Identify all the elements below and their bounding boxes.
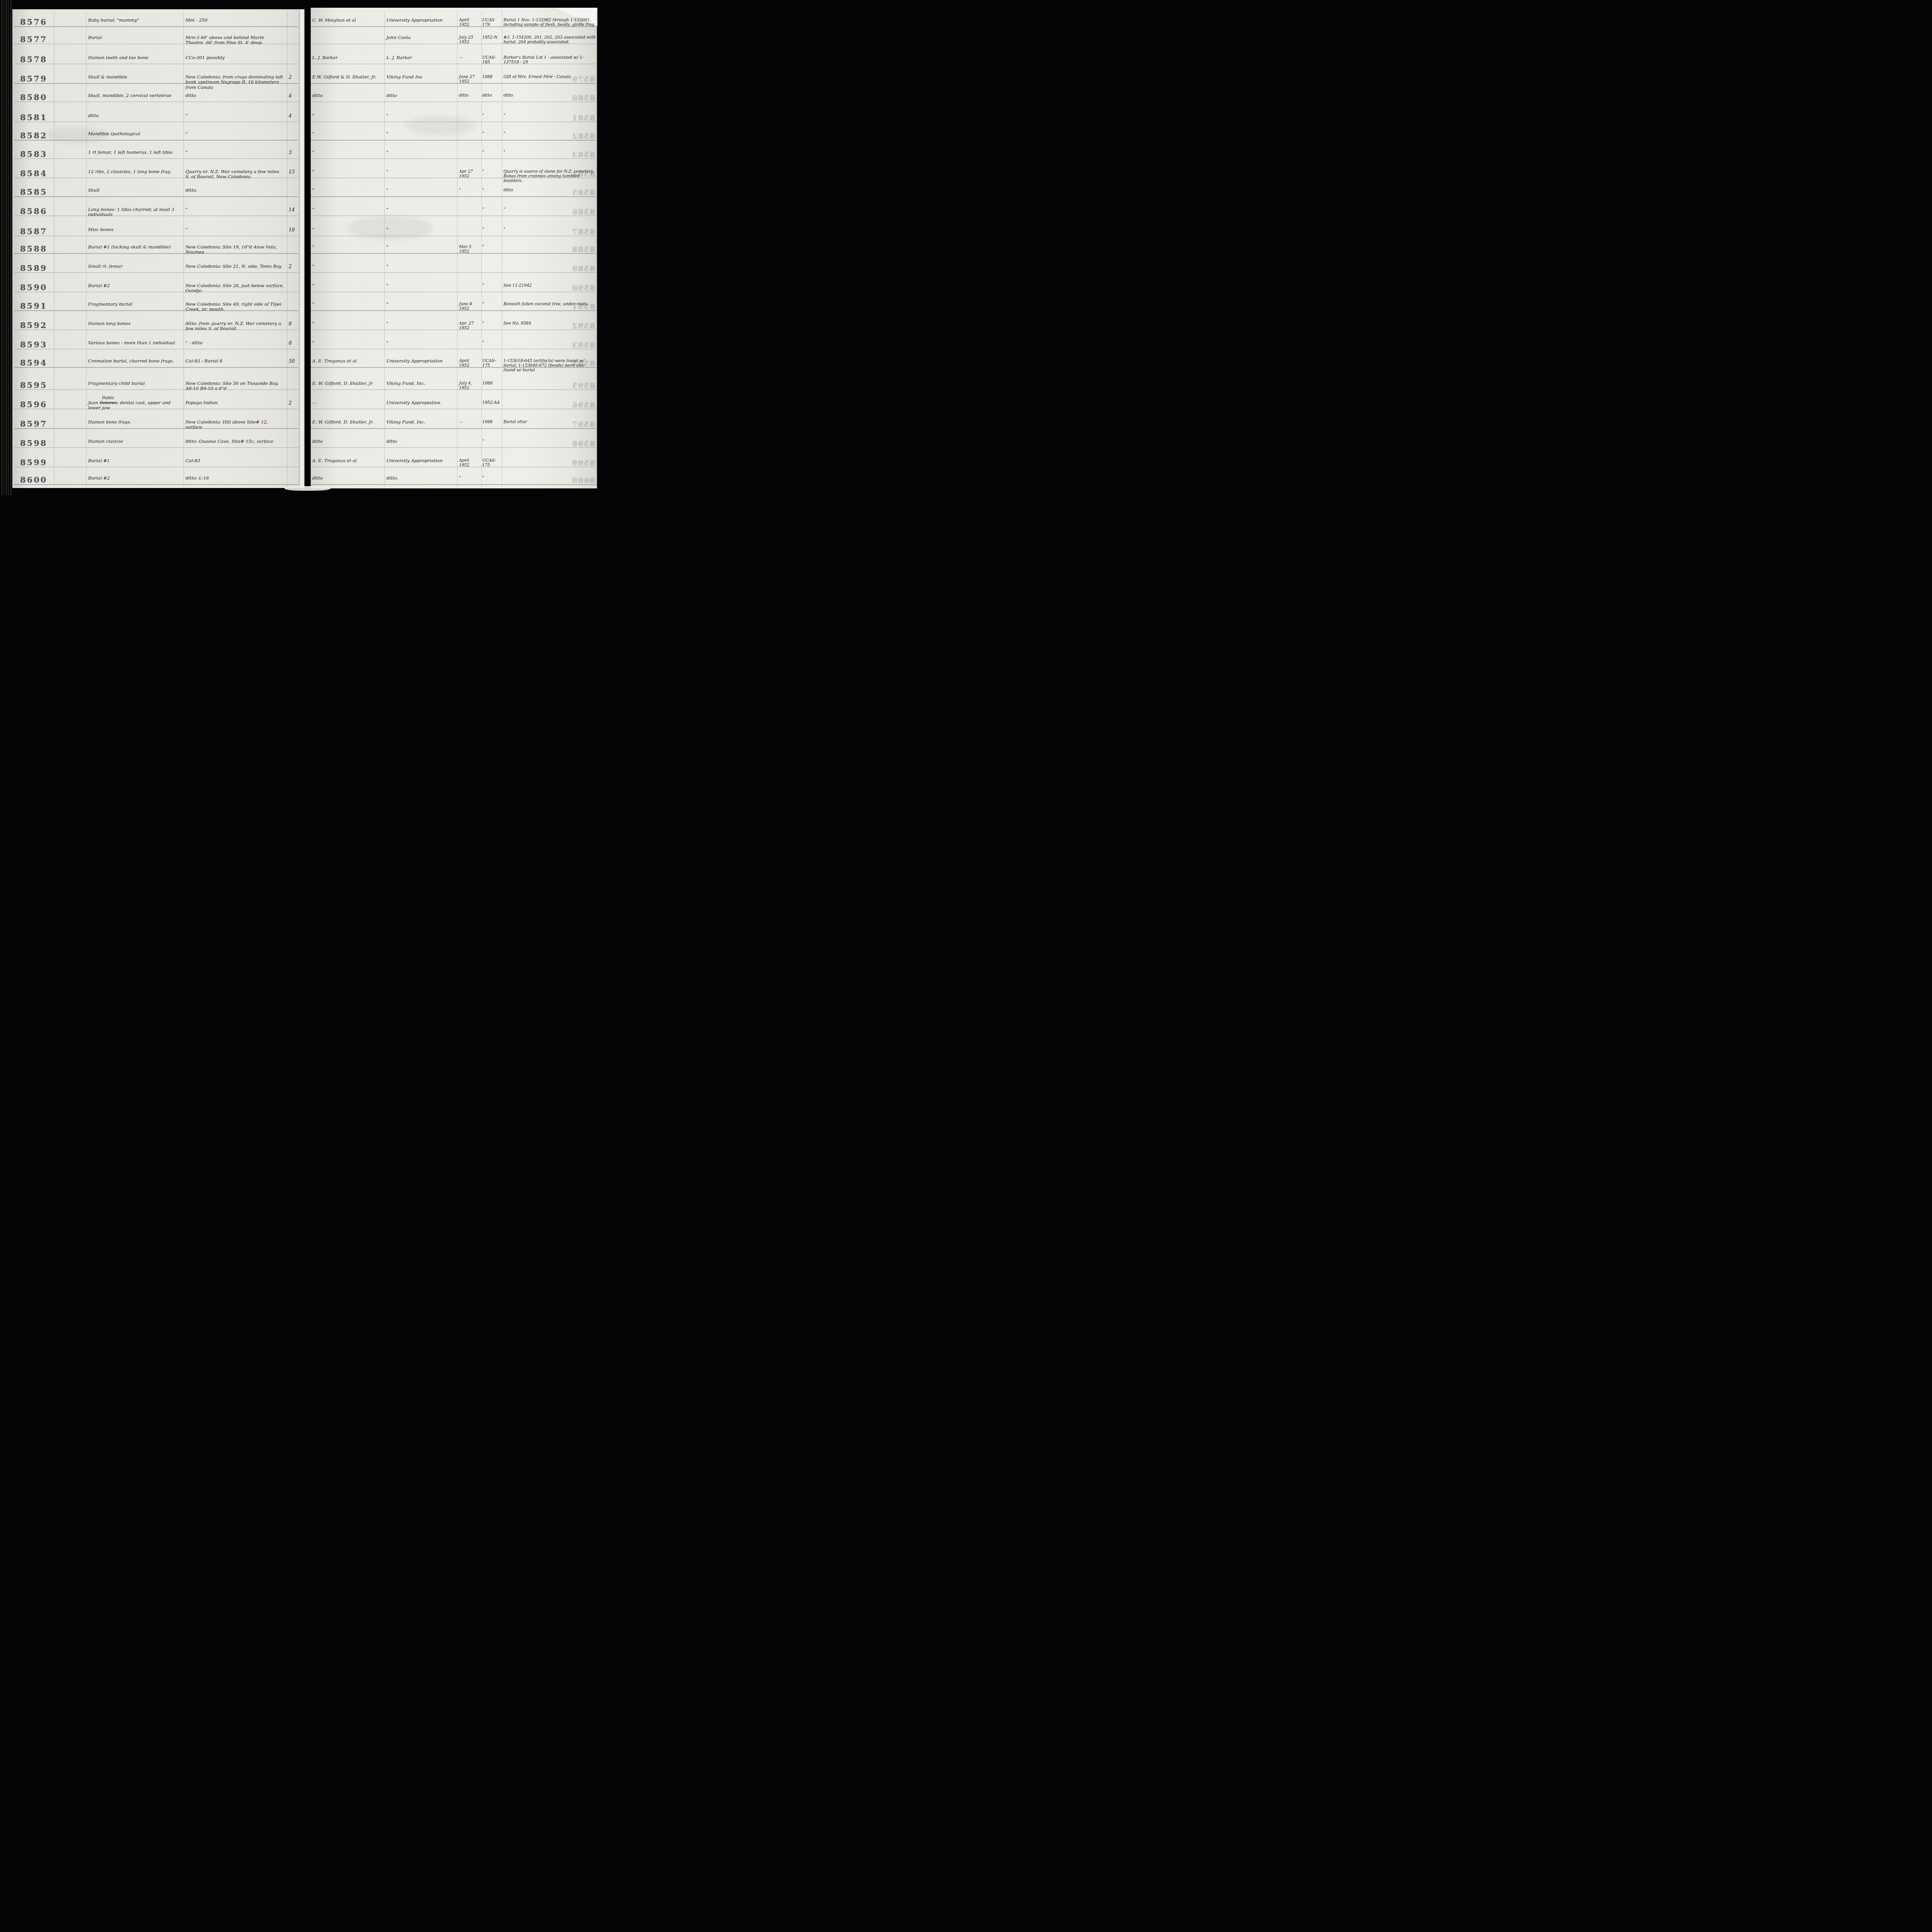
ruled-line — [311, 83, 596, 84]
ruled-line — [311, 292, 596, 292]
column-rule — [384, 11, 385, 487]
ruled-line — [311, 122, 596, 122]
cell-count: 3 — [289, 150, 298, 156]
cell-description: 1 rt femur, 1 left humerus, 1 left tibia — [88, 150, 182, 155]
cell-description: Human teeth and toe bone — [88, 55, 182, 60]
cell-count: 2 — [289, 264, 298, 270]
cell-collector: ditto — [312, 93, 383, 98]
cell-locality: Mnt - 250 — [185, 18, 284, 23]
cell-collector: " — [312, 169, 383, 174]
cell-date: Apr 27 1952 — [459, 169, 481, 179]
cell-locality: " — [185, 227, 284, 232]
cell-number: 8580 — [20, 92, 70, 102]
cell-collector: C. W. Meighan et al — [312, 18, 383, 23]
ruled-line — [311, 428, 596, 429]
cell-accession: 1088 — [482, 381, 502, 386]
cell-number: 8597 — [20, 419, 70, 429]
cell-accession: " — [482, 439, 502, 444]
cell-locality: " : ditto — [185, 340, 284, 345]
cell-number: 8578 — [20, 54, 70, 64]
cell-accession: 1088 — [482, 420, 502, 424]
cell-description: Burial #2 — [88, 283, 182, 288]
cell-number: 8577 — [20, 34, 70, 44]
cell-collector: — — [312, 400, 383, 405]
cell-collector: " — [312, 150, 383, 155]
cell-funding: University Appropriation — [386, 458, 455, 463]
cell-number: 8585 — [20, 187, 70, 197]
cell-accession: 1088 — [482, 75, 502, 79]
cell-locality: New Caledonia: Site 49, right side of Ti… — [185, 302, 284, 312]
cell-collector: A. E. Treganza et al — [312, 458, 383, 463]
ruled-line — [311, 330, 596, 330]
cell-count: 8 — [289, 340, 298, 346]
cell-count: 2 — [289, 75, 298, 80]
cell-funding: Viking Fund, Inc. — [386, 381, 455, 386]
cell-number: 8594 — [20, 358, 70, 367]
cell-locality: Mrn-3 60' above and behind Marin Theatre… — [185, 35, 284, 46]
cell-number: 8595 — [20, 380, 70, 390]
cell-locality: Quarry nr. N.Z. War cemetery a few miles… — [185, 169, 284, 180]
cell-funding: " — [386, 283, 455, 288]
cell-funding: " — [386, 302, 455, 307]
cell-number: 8583 — [20, 149, 70, 159]
cell-accession: " — [482, 227, 502, 232]
cell-description: Skull & mandible — [88, 75, 182, 80]
ruled-line — [311, 389, 596, 390]
cell-description: Fragmentary burial — [88, 302, 182, 307]
ledger-scan: 8576Baby burial: "mummy"Mnt - 250C. W. M… — [0, 0, 601, 495]
cell-collector: " — [312, 113, 383, 118]
cell-accession: UCAS-185 — [482, 55, 502, 65]
cell-date: April 1952 — [459, 359, 481, 368]
cell-locality: ditto. — [185, 188, 284, 193]
cell-date: " — [459, 476, 481, 480]
cell-description: ditto — [88, 113, 182, 118]
ruled-line — [311, 140, 596, 141]
cell-collector: " — [312, 283, 383, 288]
cell-number: 8576 — [20, 17, 70, 27]
book-gutter — [304, 7, 311, 489]
cell-locality: Cal-83 : Burial 8 — [185, 359, 284, 364]
cell-collector: A. E. Treganza et al — [312, 359, 383, 364]
ruled-line — [311, 310, 596, 311]
cell-accession: " — [482, 113, 502, 118]
cell-accession: " — [482, 245, 502, 249]
cell-date: July 25 1952 — [459, 35, 481, 44]
cell-number: 8592 — [20, 320, 70, 330]
cell-accession: " — [482, 302, 502, 306]
cell-funding: University Appropriation — [386, 359, 455, 364]
bleedthrough-number: 8593 — [560, 341, 595, 350]
cell-accession: UCAS 179 — [482, 18, 502, 27]
cell-locality: ditto — [185, 93, 284, 98]
bleedthrough-number: 8594 — [560, 359, 595, 368]
cell-description: Cremation burial, charred bone frags. — [88, 359, 182, 364]
cell-description: Mandible (pathological — [88, 131, 182, 136]
cell-funding: John Costa — [386, 35, 455, 40]
cell-funding: " — [386, 227, 455, 232]
ruled-line — [311, 102, 596, 102]
bleedthrough-number: 8586 — [560, 208, 595, 216]
cell-number: 8598 — [20, 438, 70, 448]
ruled-line — [311, 467, 596, 467]
cell-number: 8588 — [20, 244, 70, 253]
cell-funding: University Appropiation — [386, 400, 455, 405]
cell-description: Human bone frags. — [88, 420, 182, 425]
cell-funding: " — [386, 131, 455, 136]
bleedthrough-number: 8582 — [560, 132, 595, 141]
cell-remarks: #3. 1-154200, 201, 202, 203 associated w… — [503, 35, 596, 44]
bleedthrough-number: 8599 — [560, 459, 595, 468]
cell-funding: " — [386, 188, 455, 193]
cell-funding: ditto. — [386, 476, 455, 481]
cell-locality: New Caledonia: Site 50 on Tiouande Bay. … — [185, 381, 284, 391]
cell-date: — — [459, 55, 481, 60]
cell-date: ditto — [459, 93, 481, 98]
cell-accession: 1952-AA — [482, 400, 502, 405]
cell-locality: " — [185, 207, 284, 212]
cell-count: 4 — [289, 113, 298, 119]
cell-funding: " — [386, 264, 455, 269]
cell-number: 8581 — [20, 112, 70, 122]
cell-remarks: Burial 1 Nos. 1-132982 through 1-133001,… — [503, 18, 596, 27]
cell-accession: UCAS-175 — [482, 359, 502, 368]
cell-collector: " — [312, 340, 383, 345]
cell-locality: ditto: Ouaoue Cave, Site# 15c, surface — [185, 439, 284, 444]
cell-description: Skull, mandible, 2 cervical vertebrae — [88, 93, 182, 98]
cell-funding: Viking Fund Ins — [386, 75, 455, 80]
cell-locality: New Caledonia: Site 21, N. side, Toms Ba… — [185, 264, 284, 269]
bleedthrough-number: 8581 — [560, 114, 595, 122]
cell-funding: ditto — [386, 439, 455, 444]
cell-number: 8593 — [20, 340, 70, 349]
cell-funding: L. J. Barker — [386, 55, 455, 60]
bleedthrough-number: 8580 — [560, 94, 595, 102]
cell-locality: ditto: L-16 — [185, 476, 284, 481]
cell-count: 15 — [289, 169, 298, 175]
cell-collector: " — [312, 264, 383, 269]
cell-accession: " — [482, 321, 502, 326]
cell-collector: E.W. Gifford & D. Shutler, Jr. — [312, 75, 383, 80]
cell-date: Apr. 27 1952 — [459, 321, 481, 330]
ruled-line — [311, 253, 596, 254]
cell-description: Misc bones — [88, 227, 182, 232]
bleedthrough-number: 8584 — [560, 170, 595, 179]
cell-collector: " — [312, 207, 383, 212]
cell-date: April 1952 — [459, 458, 481, 468]
bleedthrough-number: 8596 — [560, 401, 595, 410]
cell-funding: " — [386, 321, 455, 326]
cell-accession: " — [482, 283, 502, 288]
cell-remarks: Barker's Burial Lot 1 - associated w/ 1-… — [503, 55, 596, 65]
column-rule — [457, 11, 457, 487]
ruled-line — [311, 349, 596, 349]
cell-date: " — [459, 188, 481, 192]
cell-count: 18 — [289, 227, 298, 233]
cell-collector: " — [312, 131, 383, 136]
bleedthrough-number: 8598 — [560, 440, 595, 448]
ruled-line — [311, 272, 596, 273]
column-rule — [184, 11, 184, 487]
cell-locality: New Caledonia: from crags dominating lef… — [185, 75, 284, 90]
bleedthrough-number: 8588 — [560, 245, 595, 254]
cell-number: 8591 — [20, 301, 70, 311]
cell-funding: " — [386, 113, 455, 118]
bleedthrough-number: 8589 — [560, 265, 595, 273]
cell-number: 8596 — [20, 400, 70, 409]
cell-description: Skull — [88, 188, 182, 193]
bleedthrough-number: 8591 — [560, 303, 595, 311]
cell-description: Human clavicle — [88, 439, 182, 444]
page-bottom-curl — [284, 486, 331, 491]
bleedthrough-number: 8590 — [560, 284, 595, 293]
cell-funding: ditto — [386, 93, 455, 98]
cell-accession: " — [482, 150, 502, 155]
cell-locality: New Caledonia: Hill above Site# 12, surf… — [185, 420, 284, 430]
cell-locality: CCo-301 possibly — [185, 55, 284, 60]
cell-locality: " — [185, 150, 284, 155]
book-binding — [0, 0, 12, 495]
cell-locality: " — [185, 113, 284, 118]
cell-accession: " — [482, 340, 502, 345]
cell-description: Long bones: 1 tibia charred; at least 3 … — [88, 207, 182, 218]
cell-locality: ditto: from quarry nr. N.Z. War cemetery… — [185, 321, 284, 332]
cell-collector: ditto — [312, 476, 383, 481]
cell-date: — — [459, 420, 481, 424]
cell-collector: " — [312, 321, 383, 326]
cell-number: 8582 — [20, 131, 70, 140]
cell-funding: " — [386, 340, 455, 345]
cell-date: June 27 1952 — [459, 75, 481, 84]
bleedthrough-number: 8587 — [560, 228, 595, 236]
cell-number: 8579 — [20, 74, 70, 83]
cell-description-corrected: Juan DoloresPablo: dental cast, upper an… — [88, 400, 182, 411]
ruled-line — [311, 409, 596, 409]
bleedthrough-number: 8600 — [560, 476, 595, 485]
column-rule — [596, 11, 597, 487]
cell-description: Various bones - more than 1 individual — [88, 340, 182, 345]
cell-funding: Viking Fund, Inc. — [386, 420, 455, 425]
cell-number: 8599 — [20, 457, 70, 467]
cell-accession: " — [482, 131, 502, 136]
cell-locality: New Caledonia: Site 26, just below surfa… — [185, 283, 284, 294]
cell-funding: " — [386, 150, 455, 155]
cell-funding: University Appropriation — [386, 18, 455, 23]
cell-locality: Cal-83 — [185, 458, 284, 463]
column-rule — [86, 11, 87, 487]
cell-date: July 4, 1952 — [459, 381, 481, 390]
column-rule — [502, 11, 502, 487]
ruled-line — [311, 158, 596, 159]
bleedthrough-number: 8585 — [560, 189, 595, 197]
cell-accession: UCAS-175 — [482, 458, 502, 468]
cell-description: Burial #2 — [88, 476, 182, 481]
cell-accession: " — [482, 188, 502, 192]
cell-number: 8590 — [20, 282, 70, 292]
cell-collector: " — [312, 245, 383, 250]
cell-date: June 8 1952 — [459, 302, 481, 311]
cell-collector: E. W. Gifford, D. Shutler, Jr. — [312, 420, 383, 425]
cell-number: 8586 — [20, 206, 70, 216]
cell-collector: ditto — [312, 439, 383, 444]
bleedthrough-number: 8592 — [560, 322, 595, 330]
cell-count: 50 — [289, 359, 298, 364]
cell-locality: New Caledonia: Site 19, 16"d Anse Vata, … — [185, 245, 284, 255]
cell-count: 14 — [289, 207, 298, 213]
cell-count: 2 — [289, 400, 298, 406]
ruled-line — [311, 236, 596, 236]
cell-accession: " — [482, 169, 502, 174]
cell-date: Mar 5 1952 — [459, 245, 481, 254]
cell-description: Small rt. femur — [88, 264, 182, 269]
ruled-line — [311, 216, 596, 216]
cell-collector: " — [312, 302, 383, 307]
column-rule — [287, 11, 287, 487]
cell-funding: " — [386, 169, 455, 174]
cell-accession: ditto — [482, 93, 502, 98]
cell-funding: " — [386, 207, 455, 212]
cell-number: 8584 — [20, 168, 70, 178]
bleedthrough-number: 8583 — [560, 151, 595, 159]
cell-collector: L. J. Barker — [312, 55, 383, 60]
cell-number: 8587 — [20, 226, 70, 236]
cell-collector: " — [312, 227, 383, 232]
cell-funding: " — [386, 245, 455, 250]
cell-description: Baby burial: "mummy" — [88, 18, 182, 23]
cell-description: Fragmentary child burial — [88, 381, 182, 386]
ruled-line — [311, 484, 596, 485]
bleedthrough-number: 8579 — [560, 75, 595, 84]
cell-date: April 1952 — [459, 18, 481, 27]
bleedthrough-number: 8595 — [560, 382, 595, 390]
cell-description: Burial #1 (lacking skull & mandible) — [88, 245, 182, 250]
cell-description: Human long bones — [88, 321, 182, 326]
cell-count: 4 — [289, 93, 298, 99]
cell-number: 8589 — [20, 263, 70, 273]
column-rule — [481, 11, 482, 487]
cell-locality: " — [185, 131, 284, 136]
cell-collector: E. W. Gifford, D. Shutler, Jr — [312, 381, 383, 386]
cell-description: 12 ribs, 2 clavicles, 1 long bone frag. — [88, 169, 182, 174]
cell-description: Burial #1 — [88, 458, 182, 463]
cell-description: Burial — [88, 35, 182, 40]
cell-collector: " — [312, 188, 383, 193]
cell-count: 8 — [289, 321, 298, 327]
bleedthrough-number: 8597 — [560, 420, 595, 429]
cell-accession: " — [482, 207, 502, 212]
ruled-line — [311, 196, 596, 197]
cell-accession: " — [482, 476, 502, 480]
cell-accession: 1952-N — [482, 35, 502, 40]
cell-locality: Papago Indian — [185, 400, 284, 405]
ruled-line — [311, 447, 596, 448]
cell-number: 8600 — [20, 475, 70, 485]
